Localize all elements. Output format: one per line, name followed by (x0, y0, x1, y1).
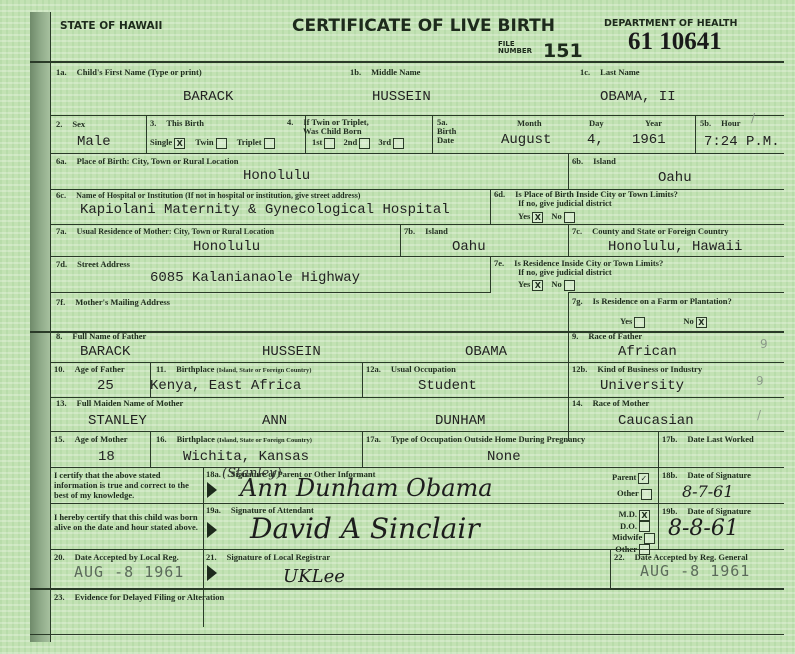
label-17b: 17b.Date Last Worked (662, 434, 754, 444)
row-divider (568, 292, 784, 293)
month-label: Month (517, 118, 542, 128)
col-divider (490, 189, 491, 225)
label-10: 10.Age of Father (54, 364, 125, 374)
col-divider (568, 292, 569, 332)
inside-city-options: YesX No (518, 211, 577, 223)
third-checkbox[interactable] (393, 138, 404, 149)
mother-age: 18 (98, 449, 115, 465)
midwife-label: Midwife (612, 532, 642, 542)
row-divider (610, 549, 784, 550)
document-binding-edge (30, 12, 50, 642)
inside-city-no-checkbox[interactable] (564, 212, 575, 223)
child-middle-name: HUSSEIN (372, 89, 431, 105)
first-checkbox[interactable] (324, 138, 335, 149)
row-divider (50, 549, 610, 550)
col-divider (432, 115, 433, 153)
triplet-checkbox[interactable] (264, 138, 275, 149)
file-number-label: FILE NUMBER (498, 41, 532, 55)
residence-inside-city-options: YesX No (518, 279, 577, 291)
yes-label: Yes (518, 211, 530, 221)
sex-value: Male (77, 134, 111, 150)
row-divider (50, 467, 784, 468)
label-5b: 5b.Hour (700, 118, 740, 128)
col-divider (695, 115, 696, 153)
label-7d: 7d.Street Address (56, 259, 130, 269)
row-divider (50, 362, 784, 363)
col-divider (362, 362, 363, 397)
left-border (50, 12, 51, 642)
header-divider (30, 61, 784, 63)
residence-inside-yes-checkbox[interactable]: X (532, 280, 543, 291)
second-label: 2nd (344, 137, 358, 147)
twin-label: Twin (195, 137, 213, 147)
local-registrar-date-stamp: AUG -8 1961 (74, 563, 184, 581)
col-divider (150, 431, 151, 467)
label-5a: 5a.BirthDate (437, 118, 456, 145)
label-15: 15.Age of Mother (54, 434, 128, 444)
father-race: African (618, 344, 677, 360)
yes-label: Yes (518, 279, 530, 289)
farm-yes-checkbox[interactable] (634, 317, 645, 328)
informant-signature-date: 8-7-61 (682, 482, 734, 501)
father-age: 25 (97, 378, 114, 394)
second-checkbox[interactable] (359, 138, 370, 149)
file-label-line2: NUMBER (498, 48, 532, 55)
label-19b: 19b.Date of Signature (662, 506, 751, 516)
col-divider (568, 224, 569, 256)
pencil-mark: 9 (760, 337, 768, 351)
label-22: 22.Date Accepted by Reg. General (614, 552, 748, 562)
row-divider (50, 256, 784, 257)
label-7c: 7c.County and State or Foreign Country (572, 226, 729, 236)
label-6c: 6c.Name of Hospital or Institution (If n… (56, 190, 360, 200)
local-registrar-signature: UKLee (283, 566, 345, 587)
other-checkbox[interactable] (641, 489, 652, 500)
label-1c: 1c.Last Name (580, 67, 640, 77)
label-7g: 7g.Is Residence on a Farm or Plantation? (572, 296, 732, 306)
day-label: Day (589, 118, 604, 128)
col-divider (400, 224, 401, 256)
child-last-name: OBAMA, II (600, 89, 676, 105)
triplet-label: Triplet (237, 137, 262, 147)
registrar-general-date-stamp: AUG -8 1961 (640, 562, 750, 580)
label-17a: 17a.Type of Occupation Outside Home Duri… (366, 434, 585, 444)
document-title: CERTIFICATE OF LIVE BIRTH (292, 16, 555, 36)
midwife-checkbox[interactable] (644, 533, 655, 544)
section-divider (30, 588, 784, 590)
place-of-birth-city: Honolulu (243, 168, 310, 184)
row-divider (50, 153, 784, 154)
label-9: 9.Race of Father (572, 331, 642, 341)
third-label: 3rd (378, 137, 391, 147)
label-3: 3.This Birth (150, 118, 204, 128)
md-label: M.D. (619, 509, 637, 519)
inside-city-yes-checkbox[interactable]: X (532, 212, 543, 223)
label-2: 2.Sex (56, 119, 85, 129)
md-checkbox[interactable]: X (639, 510, 650, 521)
father-occupation: Student (418, 378, 477, 394)
attendant-certification: I hereby certify that this child was bor… (54, 512, 200, 532)
row-divider (50, 431, 784, 432)
signature-arrow-icon (207, 522, 217, 538)
father-business: University (600, 378, 684, 394)
child-first-name: BARACK (183, 89, 233, 105)
birth-day: 4, (587, 132, 604, 148)
mother-birthplace: Wichita, Kansas (183, 449, 309, 465)
label-7f: 7f.Mother's Mailing Address (56, 297, 170, 307)
year-label: Year (645, 118, 662, 128)
mother-middle-name: ANN (262, 413, 287, 429)
birth-month: August (501, 132, 551, 148)
col-divider (362, 431, 363, 467)
label-4: 4.If Twin or Triplet,Was Child Born (287, 118, 369, 136)
row-divider (50, 224, 784, 225)
attendant-signature-date: 8-8-61 (668, 516, 739, 541)
label-14: 14.Race of Mother (572, 398, 649, 408)
label-16: 16.Birthplace (Island, State or Foreign … (156, 434, 312, 444)
label-8: 8.Full Name of Father (56, 331, 146, 341)
label-6a: 6a.Place of Birth: City, Town or Rural L… (56, 156, 238, 166)
father-last-name: OBAMA (465, 344, 507, 360)
parent-label: Parent (612, 472, 636, 482)
attendant-signature: David A Sinclair (250, 512, 480, 545)
pencil-mark: / (751, 111, 755, 125)
row-divider (50, 503, 784, 504)
father-middle-name: HUSSEIN (262, 344, 321, 360)
mother-first-name: STANLEY (88, 413, 147, 429)
do-checkbox[interactable] (639, 521, 650, 532)
birth-hour: 7:24 P.M. (704, 134, 780, 150)
label-20: 20.Date Accepted by Local Reg. (54, 552, 179, 562)
this-birth-options: SingleX Twin Triplet (150, 137, 277, 149)
label-12a: 12a.Usual Occupation (366, 364, 456, 374)
birth-order-options: 1st 2nd 3rd (312, 137, 406, 149)
col-divider (568, 153, 569, 189)
other-label: Other (617, 488, 639, 498)
label-7e: 7e.Is Residence Inside City or Town Limi… (494, 259, 663, 277)
yes-label: Yes (620, 316, 632, 326)
no-label: No (551, 279, 561, 289)
col-divider (568, 331, 569, 441)
bottom-border (30, 634, 784, 635)
mother-last-name: DUNHAM (435, 413, 485, 429)
farm-options: Yes NoX (620, 316, 709, 328)
parent-checkbox[interactable]: ✓ (638, 473, 649, 484)
label-21: 21.Signature of Local Registrar (206, 552, 330, 562)
label-18b: 18b.Date of Signature (662, 470, 751, 480)
label-12b: 12b.Kind of Business or Industry (572, 364, 702, 374)
row-divider (50, 115, 784, 116)
row-divider (50, 292, 490, 293)
col-divider (203, 467, 204, 627)
mother-street-address: 6085 Kalanianaole Highway (150, 270, 360, 286)
label-6b: 6b.Island (572, 156, 616, 166)
mother-residence-county-state: Honolulu, Hawaii (608, 239, 742, 255)
col-divider (146, 115, 147, 153)
first-label: 1st (312, 137, 322, 147)
place-of-birth-island: Oahu (658, 170, 692, 186)
signature-arrow-icon (207, 565, 217, 581)
label-7a: 7a.Usual Residence of Mother: City, Town… (56, 226, 274, 236)
certificate-number: 61 10641 (628, 28, 722, 56)
do-label: D.O. (620, 521, 637, 531)
no-label: No (551, 211, 561, 221)
mother-residence-city: Honolulu (193, 239, 260, 255)
pencil-mark: 9 (756, 374, 764, 388)
hospital-name: Kapiolani Maternity & Gynecological Hosp… (80, 202, 450, 218)
single-checkbox[interactable]: X (174, 138, 185, 149)
signature-arrow-icon (207, 482, 217, 498)
label-11: 11.Birthplace (Island, State or Foreign … (156, 364, 311, 374)
label-23: 23.Evidence for Delayed Filing or Altera… (54, 592, 224, 602)
informant-signature: Ann Dunham Obama (240, 474, 493, 502)
parent-option: Parent✓ (612, 472, 651, 484)
label-1b: 1b.Middle Name (350, 67, 420, 77)
col-divider (658, 467, 659, 549)
farm-no-checkbox[interactable]: X (696, 317, 707, 328)
single-label: Single (150, 137, 172, 147)
residence-inside-no-checkbox[interactable] (564, 280, 575, 291)
father-birthplace: Kenya, East Africa (150, 378, 301, 394)
mother-race: Caucasian (618, 413, 694, 429)
other-option: Other (617, 488, 654, 500)
pencil-mark: / (757, 408, 761, 422)
label-13: 13.Full Maiden Name of Mother (56, 398, 183, 408)
father-first-name: BARACK (80, 344, 130, 360)
col-divider (610, 549, 611, 589)
twin-checkbox[interactable] (216, 138, 227, 149)
mother-occupation: None (487, 449, 521, 465)
label-7b: 7b.Island (404, 226, 448, 236)
label-6d: 6d.Is Place of Birth Inside City or Town… (494, 190, 678, 208)
state-heading: STATE OF HAWAII (60, 20, 162, 32)
file-number: 151 (543, 40, 583, 62)
birth-year: 1961 (632, 132, 666, 148)
informant-certification: I certify that the above stated informat… (54, 470, 200, 500)
no-label: No (683, 316, 693, 326)
col-divider (658, 431, 659, 467)
label-1a: 1a.Child's First Name (Type or print) (56, 67, 202, 77)
mother-residence-island: Oahu (452, 239, 486, 255)
col-divider (490, 256, 491, 293)
